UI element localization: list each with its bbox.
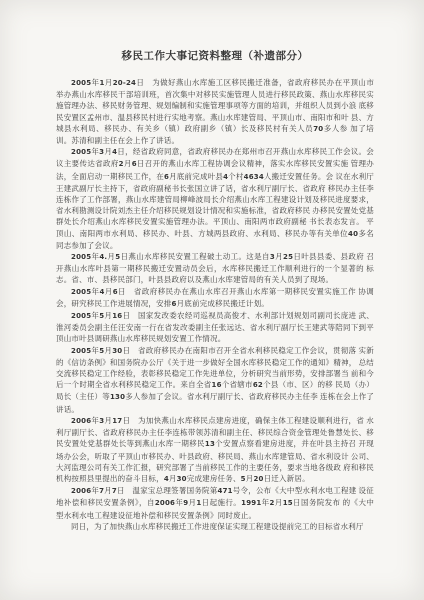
paragraph-2005-04-06: 2005年4月6日 省政府移民办在燕山水库召开燕山水库第一期移民安置实施工作 协… (56, 286, 374, 310)
paragraph-2005-01-20: 2005年1月20-24日 为做好燕山水库施工区移民搬迁准备，省政府移民办在平顶… (56, 77, 374, 146)
paragraph-2006-03-17: 2006年3月17日 为加快燕山水库移民点建房进度，确保主体工程建设顺利进行，省… (56, 415, 374, 485)
page-title: 移民工作大事记资料整理（补遗部分） (56, 48, 374, 63)
paragraph-2005-03-04: 2005年3月4日，经省政府同意，省政府移民办在郑州市召开燕山水库移民工作会议。… (56, 146, 374, 251)
paragraph-2005-05-16: 2005年5月16日 国家发改委农经司巡视员高俊才、水利部计划规划司副司长庞进 … (56, 310, 374, 345)
paragraph-2005-05-30: 2005年5月30日 省政府移民办在南阳市召开全省水利移民稳定工作会议，贯彻落 … (56, 345, 374, 415)
paragraph-same-day: 同日，为了加快燕山水库移民搬迁工作进度保证实现工程建设提前完工的目标省水利厅 (56, 521, 374, 532)
paragraph-2005-04-05: 2005年4.月5日燕山水库移民安置工程破土动工。这是自3月25日叶县县委、县政… (56, 251, 374, 286)
paragraph-2006-07-07: 2006年7月7日 温家宝总理签署国务院第471号令，公布《大中型水利水电工程建… (56, 485, 374, 521)
scanned-document-page: 移民工作大事记资料整理（补遗部分） 2005年1月20-24日 为做好燕山水库施… (0, 0, 424, 600)
